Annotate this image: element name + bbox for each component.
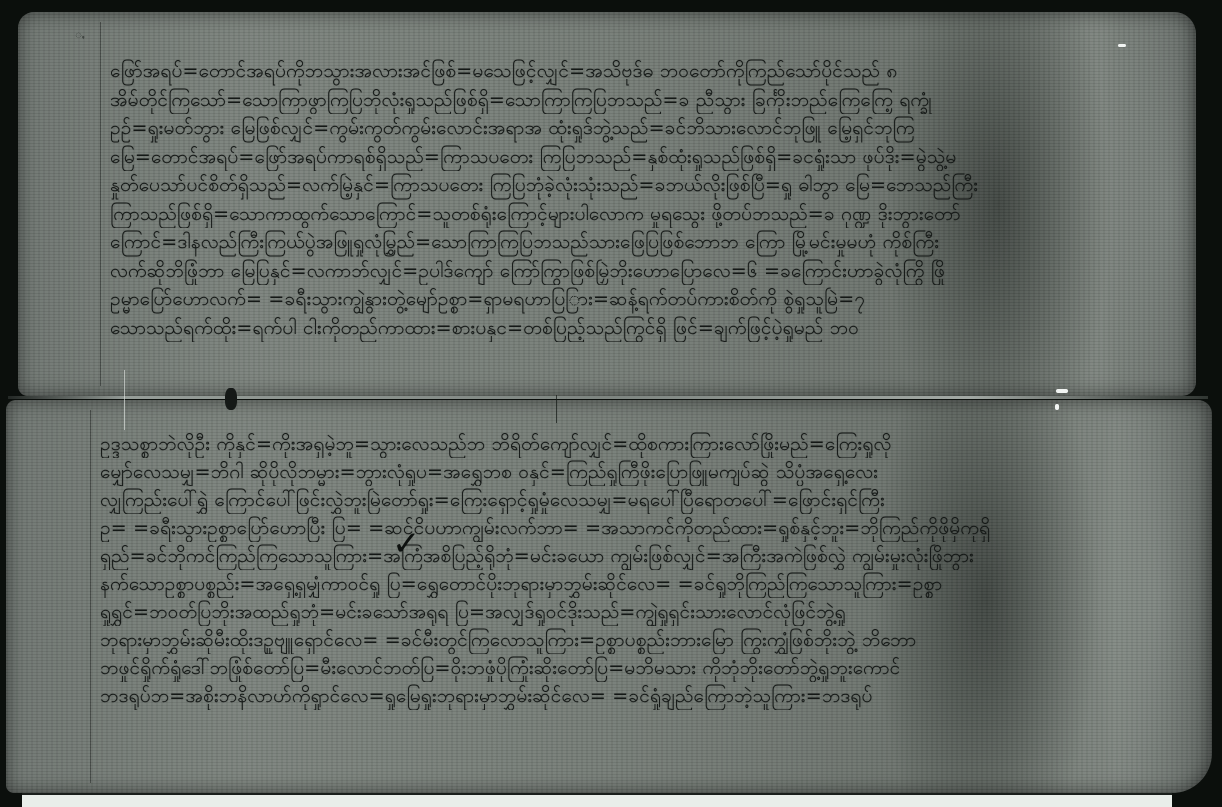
text-line: ကြာသည်ဖြစ်ရှိ=သောကာထွက်သောကြောင်=သူတစ်ရု… xyxy=(110,200,1170,229)
text-line: လက်ဆိုဘိဖြုံဘာ မြေပြနှင်=လကာဘ်လျှင်=ဥပါဒ… xyxy=(110,257,1170,286)
text-line: ဥဉ်=ရှုးမတ်ဘွား မြေဖြစ်လျှင်=ကွမ်းကွတ်ကွ… xyxy=(110,114,1170,143)
text-line: ဖြော်အရပ်=တောင်အရပ်ကိုဘသွားအလားအင်ဖြစ်=မ… xyxy=(110,57,1170,86)
text-line: လျှကြည်းပေါ်ရွှဲ ကြောင်ပေါ်ဖြင်းလွှဲဘူးမ… xyxy=(100,486,1190,514)
text-line: နက်သောဥစ္စာပစ္စည်း=အရှေ့ရှမျှံကာဝင်ရှု ပ… xyxy=(100,570,1190,598)
manuscript-leaf-bottom: ဥဒ္ဒသစ္စာဘဲလိုဦး ကိုနှင်=ကိုးအရှမဲ့ဘူ=သွ… xyxy=(6,400,1212,793)
leaf-top-text: ဖြော်အရပ်=တောင်အရပ်ကိုဘသွားအလားအင်ဖြစ်=မ… xyxy=(110,57,1170,342)
text-line: ဘုရားမှာဘွှမ်းဆိုမီးထိုးဒဥှုဗျူရှောင်လေ=… xyxy=(100,626,1190,654)
light-speck xyxy=(1055,404,1059,410)
light-speck xyxy=(1118,44,1126,47)
check-mark-annotation: ✓ xyxy=(392,524,421,564)
manuscript-photo: ဖြော်အရပ်=တောင်အရပ်ကိုဘသွားအလားအင်ဖြစ်=မ… xyxy=(0,0,1222,807)
corner-mark: ꩻ xyxy=(75,28,85,44)
margin-rule xyxy=(90,410,91,783)
text-line: မြေ=တောင်အရပ်=ဖြော်အရပ်ကာရစ်ရှိသည်=ကြာသပ… xyxy=(110,143,1170,172)
text-line: အိမ်တိုင်ကြသော်=သောကြာဖွာကြပြဘိုလုံးရှုသ… xyxy=(110,86,1170,115)
text-line: မျှော်လေသမျှ=ဘိဂါ ဆိုပိုလိုဘမ္မား=ဘွားလု… xyxy=(100,458,1190,486)
light-speck xyxy=(1056,389,1068,393)
text-line: ရှည်=ခင်ဘိုကင်ကြည်ကြသောသူကြား=အကြံအစိပြည… xyxy=(100,542,1190,570)
text-line: သောသည်ရက်ထိုး=ရက်ပါ ငါးကိုတည်ကာထား=စားပန… xyxy=(110,314,1170,343)
ink-blot xyxy=(225,388,237,410)
text-line: ဥ= =ခရီးသွားဥစ္စာပြော်ဟောပြီး ပြ= =ဆင်ငိ… xyxy=(100,514,1190,542)
text-line: ဘဖှုင်ရှိုက်ရှုံဒေါ်ဘဖြုံစ်တော်ပြ=မီးလော… xyxy=(100,654,1190,682)
scratch-mark xyxy=(124,370,125,430)
text-line: ဘဒရုပ်ဘ=အစိုးဘနိလာဟ်ကိုရှုာင်လေ=ရှုမြေရှ… xyxy=(100,682,1190,710)
text-line: ရှုရွှင်=ဘဝတ်ပြဘိုးအထည်ရှုဘုံ=မင်းခသော်အ… xyxy=(100,598,1190,626)
page-edge-strip xyxy=(22,793,1172,807)
leaf-bottom-text: ဥဒ္ဒသစ္စာဘဲလိုဦး ကိုနှင်=ကိုးအရှမဲ့ဘူ=သွ… xyxy=(100,430,1190,710)
text-line: နှုတ်ပေသာ်ပင်စိတ်ရှိသည်=လက်မြဲ့နှင်=ကြာသ… xyxy=(110,171,1170,200)
text-line: ကြောင်=ဒါနလည်ကြီးကြယ်ပွဲအဖြူရှုလုံမြွှည်… xyxy=(110,228,1170,257)
scratch-mark xyxy=(556,395,557,423)
text-line: ဥမ္မာပြော်ဟောလက်= =ခရီးသွားကျွဲနွားတွဲ့မ… xyxy=(110,285,1170,314)
manuscript-leaf-top: ဖြော်အရပ်=တောင်အရပ်ကိုဘသွားအလားအင်ဖြစ်=မ… xyxy=(18,12,1196,396)
margin-rule xyxy=(100,22,101,386)
text-line: ဥဒ္ဒသစ္စာဘဲလိုဦး ကိုနှင်=ကိုးအရှမဲ့ဘူ=သွ… xyxy=(100,430,1190,458)
leaf-fold-crease xyxy=(8,396,1208,399)
